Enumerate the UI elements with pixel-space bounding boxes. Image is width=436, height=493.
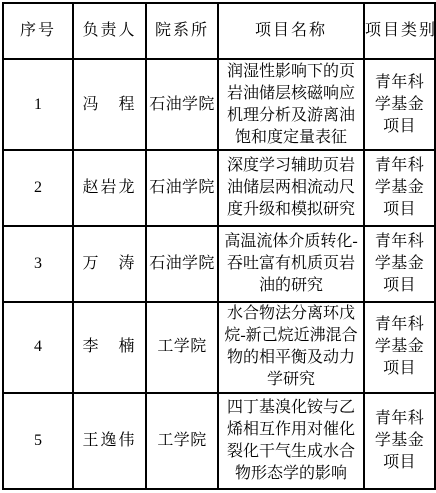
header-project-name: 项目名称 <box>218 3 364 59</box>
table-row: 4 李 楠 工学院 水合物法分离环戊烷-新己烷近沸混合物的相平衡及动力学研究 青… <box>3 302 435 393</box>
table-row: 5 王逸伟 工学院 四丁基溴化铵与乙烯相互作用对催化裂化干气生成水合物形态学的影… <box>3 393 435 489</box>
department: 石油学院 <box>146 59 218 150</box>
department: 石油学院 <box>146 150 218 226</box>
project-name: 水合物法分离环戊烷-新己烷近沸混合物的相平衡及动力学研究 <box>218 302 364 393</box>
project-category: 青年科学基金项目 <box>364 302 435 393</box>
project-category: 青年科学基金项目 <box>364 150 435 226</box>
department: 工学院 <box>146 393 218 489</box>
table-row: 2 赵岩龙 石油学院 深度学习辅助页岩油储层两相流动尺度升级和模拟研究 青年科学… <box>3 150 435 226</box>
leader-name: 冯 程 <box>73 59 146 150</box>
header-project-category: 项目类别 <box>364 3 435 59</box>
serial-number: 1 <box>3 59 73 150</box>
project-category: 青年科学基金项目 <box>364 226 435 302</box>
leader-name: 赵岩龙 <box>73 150 146 226</box>
department: 工学院 <box>146 302 218 393</box>
document-page: 序号 负责人 院系所 项目名称 项目类别 1 冯 程 石油学院 润湿性影响下的页… <box>0 0 436 493</box>
serial-number: 3 <box>3 226 73 302</box>
leader-name: 万 涛 <box>73 226 146 302</box>
serial-number: 2 <box>3 150 73 226</box>
leader-name: 王逸伟 <box>73 393 146 489</box>
header-leader: 负责人 <box>73 3 146 59</box>
project-list-table: 序号 负责人 院系所 项目名称 项目类别 1 冯 程 石油学院 润湿性影响下的页… <box>2 2 436 490</box>
table-row: 3 万 涛 石油学院 高温流体介质转化-吞吐富有机质页岩油的研究 青年科学基金项… <box>3 226 435 302</box>
serial-number: 5 <box>3 393 73 489</box>
table-header-row: 序号 负责人 院系所 项目名称 项目类别 <box>3 3 435 59</box>
header-department: 院系所 <box>146 3 218 59</box>
department: 石油学院 <box>146 226 218 302</box>
header-serial-number: 序号 <box>3 3 73 59</box>
leader-name: 李 楠 <box>73 302 146 393</box>
project-name: 高温流体介质转化-吞吐富有机质页岩油的研究 <box>218 226 364 302</box>
serial-number: 4 <box>3 302 73 393</box>
project-name: 润湿性影响下的页岩油储层核磁响应机理分析及游离油饱和度定量表征 <box>218 59 364 150</box>
project-name: 深度学习辅助页岩油储层两相流动尺度升级和模拟研究 <box>218 150 364 226</box>
project-category: 青年科学基金项目 <box>364 393 435 489</box>
project-name: 四丁基溴化铵与乙烯相互作用对催化裂化干气生成水合物形态学的影响 <box>218 393 364 489</box>
project-category: 青年科学基金项目 <box>364 59 435 150</box>
table-row: 1 冯 程 石油学院 润湿性影响下的页岩油储层核磁响应机理分析及游离油饱和度定量… <box>3 59 435 150</box>
